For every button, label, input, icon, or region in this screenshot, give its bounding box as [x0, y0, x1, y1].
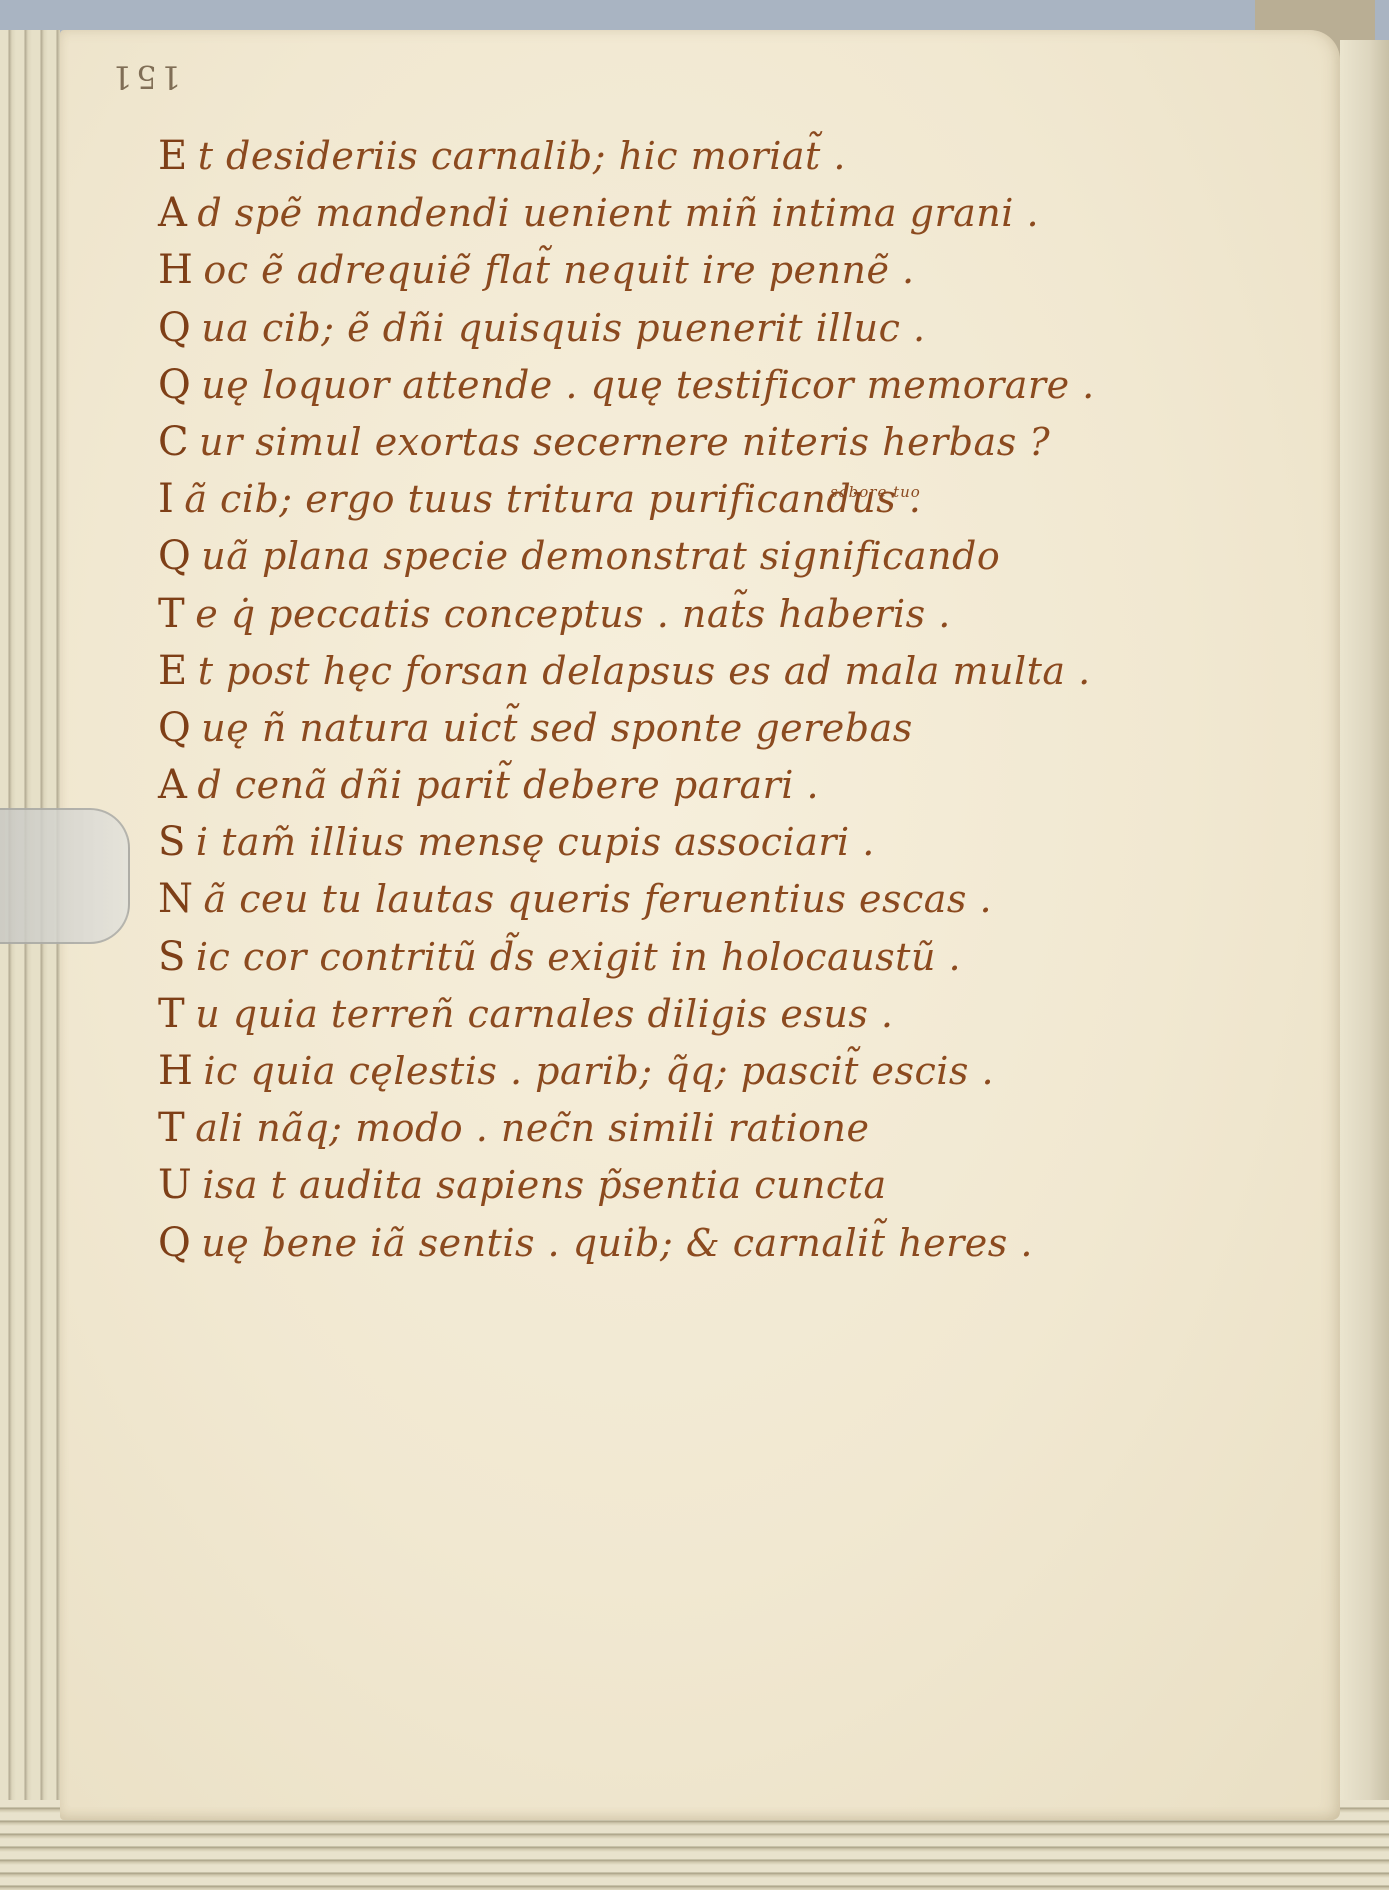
line-text: u quia terreñ carnales diligis esus .: [195, 992, 893, 1036]
line-initial: E: [158, 133, 188, 179]
text-line: Sic cor contritũ d̃s exigit in holocaus…: [158, 929, 1258, 986]
text-line: Te q̇ peccatis conceptus . nat̃s haberis…: [158, 586, 1258, 643]
line-text: i tam̃ illius mensę cupis associari .: [196, 820, 875, 864]
line-initial: Q: [158, 1220, 191, 1266]
text-line: Hic quia cęlestis . parib; q̃q; pascit̃ …: [158, 1043, 1258, 1100]
page-edges-right: [1340, 40, 1389, 1840]
text-line: Quę bene iã sentis . quib; & carnalit̃ …: [158, 1215, 1258, 1272]
line-initial: A: [158, 190, 187, 236]
line-text: oc ẽ adrequiẽ flat̃ nequit ire pennẽ …: [203, 248, 914, 292]
line-initial: Q: [158, 362, 191, 408]
line-initial: H: [158, 247, 193, 293]
line-initial: C: [158, 419, 189, 465]
line-text: d cenã dñi parit̃ debere parari .: [197, 763, 819, 807]
line-initial: Q: [158, 533, 191, 579]
text-line: Et post hęc forsan delapsus es ad mala m…: [158, 643, 1258, 700]
text-line: Iã cib; ergo tuus tritura purificandus …: [158, 471, 1258, 528]
text-line: Nã ceu tu lautas queris feruentius esca…: [158, 871, 1258, 928]
line-text: ã ceu tu lautas queris feruentius escas…: [204, 877, 993, 921]
line-text: ua cib; ẽ dñi quisquis puenerit illuc …: [201, 306, 925, 350]
line-initial: I: [158, 476, 174, 522]
line-initial: S: [158, 819, 186, 865]
line-text: ic quia cęlestis . parib; q̃q; pascit̃ e…: [203, 1049, 994, 1093]
text-line: Si tam̃ illius mensę cupis associari .: [158, 814, 1258, 871]
line-text: ã cib; ergo tuus tritura purificandus .: [184, 477, 921, 521]
line-text: uę ñ natura uict̃ sed sponte gerebas: [201, 706, 912, 750]
text-line: Qua cib; ẽ dñi quisquis puenerit illuc…: [158, 300, 1258, 357]
line-initial: Q: [158, 305, 191, 351]
text-line: Quę ñ natura uict̃ sed sponte gerebas: [158, 700, 1258, 757]
line-text: ur simul exortas secernere niteris herba…: [199, 420, 1050, 464]
line-text: d spẽ mandendi uenient miñ intima gran…: [197, 191, 1039, 235]
page-clip: [0, 808, 130, 944]
text-block: Et desideriis carnalib; hic moriat̃ . Ad…: [158, 128, 1258, 1272]
text-line: Quã plana specie demonstrat significand…: [158, 528, 1258, 585]
line-text: t post hęc forsan delapsus es ad mala mu…: [198, 649, 1091, 693]
line-text: uę bene iã sentis . quib; & carnalit̃ h…: [201, 1221, 1033, 1265]
text-line: Hoc ẽ adrequiẽ flat̃ nequit ire pennẽ…: [158, 242, 1258, 299]
line-initial: A: [158, 762, 187, 808]
text-line: Ad spẽ mandendi uenient miñ intima gra…: [158, 185, 1258, 242]
line-initial: T: [158, 1105, 185, 1151]
line-text: ali nãq; modo . nec̃n simili ratione: [195, 1106, 869, 1150]
line-text: uę loquor attende . quę testificor memor…: [201, 363, 1094, 407]
line-text: isa t audita sapiens p̃sentia cuncta: [202, 1163, 886, 1207]
folio-number: 151: [108, 58, 181, 96]
line-initial: N: [158, 876, 194, 922]
line-initial: H: [158, 1048, 193, 1094]
line-initial: U: [158, 1162, 192, 1208]
line-text: ic cor contritũ d̃s exigit in holocaust…: [196, 935, 961, 979]
text-line: Et desideriis carnalib; hic moriat̃ .: [158, 128, 1258, 185]
line-text: e q̇ peccatis conceptus . nat̃s haberis …: [195, 592, 951, 636]
line-initial: Q: [158, 705, 191, 751]
line-initial: S: [158, 934, 186, 980]
text-line: Tali nãq; modo . nec̃n simili ratione: [158, 1100, 1258, 1157]
text-line: Tu quia terreñ carnales diligis esus .: [158, 986, 1258, 1043]
line-initial: T: [158, 991, 185, 1037]
line-text: uã plana specie demonstrat significando: [201, 534, 1000, 578]
text-line: Ad cenã dñi parit̃ debere parari .: [158, 757, 1258, 814]
line-initial: E: [158, 648, 188, 694]
line-initial: T: [158, 591, 185, 637]
text-line: Uisa t audita sapiens p̃sentia cuncta: [158, 1157, 1258, 1214]
text-line: Cur simul exortas secernere niteris herb…: [158, 414, 1258, 471]
line-text: t desideriis carnalib; hic moriat̃ .: [198, 134, 846, 178]
text-line: Quę loquor attende . quę testificor memo…: [158, 357, 1258, 414]
